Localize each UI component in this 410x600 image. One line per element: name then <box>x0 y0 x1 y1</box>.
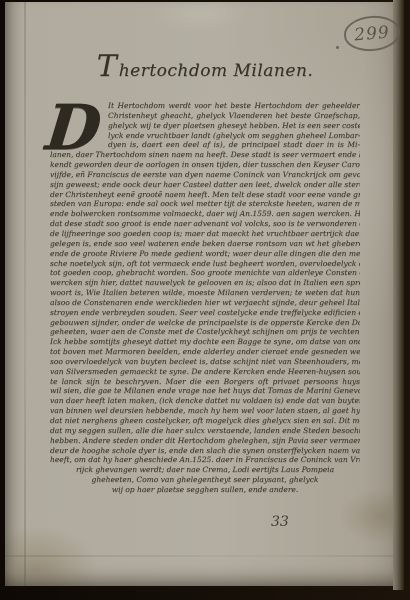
body-lines: lanen, daer Thertochdom sinen naem na he… <box>50 150 360 465</box>
text-line: van binnen wel deursien hebbende, mach h… <box>50 406 360 416</box>
text-line: steden van Europa: ende sal oock wel met… <box>50 199 360 209</box>
closing-lines: rijck ghevangen werdt; daer nae Crema, L… <box>50 465 360 495</box>
text-line: dat niet nerghens gheen costelycker, oft… <box>50 416 360 426</box>
text-line: van daer heeft laten maken, (ick dencke … <box>50 396 360 406</box>
text-line: der Christenheyt eenẽ grootẽ naem heeft.… <box>50 190 360 200</box>
text-line: dat dese stadt soo groot is ende naer ad… <box>50 219 360 229</box>
text-line: alsoo de Constenaren ende wercklieden hi… <box>50 298 360 308</box>
text-line: wil sien, die gae te Milanen ende vrage … <box>50 386 360 396</box>
opening-lines: It Hertochdom werdt voor het beste Herto… <box>108 101 360 150</box>
text-line: gelegen is, ende soo veel wateren ende b… <box>50 239 360 249</box>
text-line: te lanck sijn te beschryven. Maer die ee… <box>50 377 360 387</box>
text-line: ende bolwercken rontsomme volmaeckt, dae… <box>50 209 360 219</box>
page-number: 33 <box>271 514 289 530</box>
body-text-block: D It Hertochdom werdt voor het beste Her… <box>50 101 360 495</box>
horizontal-crease <box>5 555 393 557</box>
text-line: lyck ende vruchtbaer landt (ghelyck om s… <box>108 131 360 141</box>
drop-cap-initial: D <box>43 102 107 160</box>
text-line: rijck ghevangen werdt; daer nae Crema, L… <box>50 465 360 475</box>
text-line: tot goeden coop, ghebracht worden. Soo g… <box>50 268 360 278</box>
text-line: hebben. Andere steden onder dit Hertochd… <box>50 436 360 446</box>
text-line: gheheeten, Como van ghelegentheyt seer p… <box>50 475 360 485</box>
text-line: Christenheyt gheacht, ghelyck Vlaenderen… <box>108 111 360 121</box>
text-line: gebouwen sijnder, onder de welcke de pri… <box>50 318 360 328</box>
pencil-dot <box>336 46 339 49</box>
text-line: dat my seggen sullen, alle die haer sulc… <box>50 426 360 436</box>
text-line: ende de groote Riviere Po mede gedient w… <box>50 249 360 259</box>
text-line: It Hertochdom werdt voor het beste Herto… <box>108 101 360 111</box>
text-line: Ick hebbe somtijts gheseyt dattet my doc… <box>50 337 360 347</box>
text-line: heeft, om dat hy haer gheschiede An.1525… <box>50 455 360 465</box>
page-title: Thertochdom Milanen. <box>50 59 360 81</box>
text-line: dyen is, daert een deel af is), de princ… <box>108 140 360 150</box>
text-line: soo overvloedelyck van buyten becleet is… <box>50 357 360 367</box>
text-line: van Silversmeden gemaeckt te syne. De an… <box>50 367 360 377</box>
text-line: de lijfneeringe soo goeden coop is; maer… <box>50 229 360 239</box>
book-page-scan: Thertochdom Milanen. D It Hertochdom wer… <box>0 0 410 600</box>
book-page-edges <box>393 0 404 590</box>
text-line: deur de hooghe schole dyer is, ende den … <box>50 446 360 456</box>
text-line: woort is, Wie Italien beteren wilde, moe… <box>50 288 360 298</box>
text-line: stroyen ende verbreyden souden. Seer vee… <box>50 308 360 318</box>
text-line: geheeten, waer aen de Conste met de Cost… <box>50 327 360 337</box>
text-line: vijfde, eñ Franciscus de eerste van dyen… <box>50 170 360 180</box>
binding-crease <box>24 2 26 586</box>
text-line: sijn geweest; ende oock deur haer Castee… <box>50 180 360 190</box>
text-line: wij op haer plaetse segghen sullen, ende… <box>50 485 360 495</box>
text-line: wercken sijn hier, dattet nauwelyck te g… <box>50 278 360 288</box>
text-line: tot boven met Marmoren beelden, ende ald… <box>50 347 360 357</box>
paper-leaf: Thertochdom Milanen. D It Hertochdom wer… <box>5 2 393 586</box>
text-line: ghelyck wij te dyer plaetsen gheseyt heb… <box>108 121 360 131</box>
annotation-number: 299 <box>353 22 390 45</box>
text-line: sche noetelyck sijn, oft tot vermaeck en… <box>50 259 360 269</box>
